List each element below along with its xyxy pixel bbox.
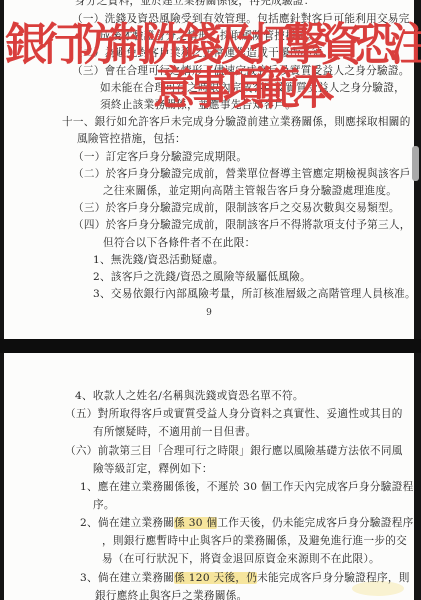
text-segment: 銀行應終止與客戶之業務關係。 xyxy=(95,590,248,600)
text-segment: 1、無洗錢/資恐活動疑慮。 xyxy=(93,254,224,266)
text-segment: （六）前款第三目「合理可行之時限」銀行應以風險基礎方法依不同風 xyxy=(65,445,403,457)
text-line: 1、無洗錢/資恐活動疑慮。 xyxy=(93,253,224,267)
text-segment: （四）於客戶身分驗證完成前，限制該客戶不得將款項支付予第三人， xyxy=(73,219,411,231)
scrollbar-track[interactable] xyxy=(413,0,421,600)
text-segment: （一）訂定客戶身分驗證完成期限。 xyxy=(73,151,247,163)
text-line: 2、該客戶之洗錢/資恐之風險等級屬低風險。 xyxy=(93,270,311,284)
text-segment: 3、交易依銀行內部風險考量，所訂核准層級之高階管理人員核准。 xyxy=(93,288,414,300)
text-line: 序。 xyxy=(93,498,115,512)
text-segment: 1、應在建立業務關係後，不遲於 30 個工作天內完成客戶身分驗證程 xyxy=(80,481,413,493)
text-line: （三）於客戶身分驗證完成前，限制該客戶之交易次數與交易類型。 xyxy=(73,201,400,215)
text-segment: 風險管控措施，包括： xyxy=(77,133,186,145)
text-line: 險等級訂定，釋例如下： xyxy=(93,462,213,476)
scrollbar-thumb[interactable] xyxy=(412,146,419,181)
text-line: 4、收款人之姓名/名稱與洗錢或資恐名單不符。 xyxy=(75,389,304,403)
text-line: 但符合以下各條件者不在此限： xyxy=(103,236,256,250)
text-segment: ，則銀行應暫時中止與客戶的業務關係，及避免進行進一步的交 xyxy=(102,535,407,547)
text-line: 3、交易依銀行內部風險考量，所訂核准層級之高階管理人員核准。 xyxy=(93,287,414,301)
text-segment: 險等級訂定，釋例如下： xyxy=(93,463,213,475)
text-segment: 3、倘在建立業務關 xyxy=(80,572,174,584)
text-segment: 之往來關係，並定期向高階主管報告客戶身分驗證處理進度。 xyxy=(103,185,397,197)
text-segment: 十一、銀行如允許客戶未完成身分驗證前建立業務關係，則應採取相關的 xyxy=(62,116,411,128)
text-line: （一）訂定客戶身分驗證完成期限。 xyxy=(73,150,247,164)
text-segment: 有所懷疑時，不適用前一目但書。 xyxy=(93,426,256,438)
page-gap xyxy=(0,339,421,353)
text-segment: （三）於客戶身分驗證完成前，限制該客戶之交易次數與交易類型。 xyxy=(73,202,400,214)
watermark-title-line-2: 意事項範本 xyxy=(153,54,328,117)
highlighted-text: 係 30 個 xyxy=(174,517,217,529)
text-line: （五）對所取得客戶或實質受益人身分資料之真實性、妥適性或其目的 xyxy=(65,407,403,421)
text-segment: 易（在可行狀況下，將資金退回原資金來源則不在此限）。 xyxy=(102,553,380,565)
text-line: 3、倘在建立業務關係 120 天後，仍未能完成客戶身分驗證程序，則 xyxy=(80,571,410,585)
text-segment: 序。 xyxy=(93,499,115,511)
text-line: 之往來關係，並定期向高階主管報告客戶身分驗證處理進度。 xyxy=(103,184,397,198)
highlighted-text: 係 120 天後，仍 xyxy=(174,572,257,584)
text-segment: （五）對所取得客戶或實質受益人身分資料之真實性、妥適性或其目的 xyxy=(65,408,403,420)
text-segment: 2、倘在建立業務關 xyxy=(80,517,174,529)
text-line: 有所懷疑時，不適用前一目但書。 xyxy=(93,425,256,439)
page-number: 9 xyxy=(4,308,414,318)
text-segment: 2、該客戶之洗錢/資恐之風險等級屬低風險。 xyxy=(93,271,311,283)
text-line: 易（在可行狀況下，將資金退回原資金來源則不在此限）。 xyxy=(102,552,380,566)
text-line: 風險管控措施，包括： xyxy=(77,132,186,146)
text-line: （二）於客戶身分驗證完成前，營業單位督導主管應定期檢視與該客戶 xyxy=(73,167,411,181)
text-segment: 未能完成客戶身分驗證程序，則 xyxy=(257,572,410,584)
text-line: 銀行應終止與客戶之業務關係。 xyxy=(95,589,248,600)
document-page-2: 4、收款人之姓名/名稱與洗錢或資恐名單不符。（五）對所取得客戶或實質受益人身分資… xyxy=(4,353,414,600)
text-line: ，則銀行應暫時中止與客戶的業務關係，及避免進行進一步的交 xyxy=(102,534,407,548)
text-segment: 但符合以下各條件者不在此限： xyxy=(103,237,256,249)
text-line: （四）於客戶身分驗證完成前，限制該客戶不得將款項支付予第三人， xyxy=(73,218,411,232)
text-segment: （二）於客戶身分驗證完成前，營業單位督導主管應定期檢視與該客戶 xyxy=(73,168,411,180)
text-line: 1、應在建立業務關係後，不遲於 30 個工作天內完成客戶身分驗證程 xyxy=(80,480,413,494)
text-segment: 工作天後，仍未能完成客戶身分驗證程序 xyxy=(217,517,413,529)
text-line: 十一、銀行如允許客戶未完成身分驗證前建立業務關係，則應採取相關的 xyxy=(62,115,411,129)
text-segment: 4、收款人之姓名/名稱與洗錢或資恐名單不符。 xyxy=(75,390,304,402)
text-line: 2、倘在建立業務關係 30 個工作天後，仍未能完成客戶身分驗證程序 xyxy=(80,516,414,530)
text-line: （六）前款第三目「合理可行之時限」銀行應以風險基礎方法依不同風 xyxy=(65,444,403,458)
text-line: 身分之資料，並於建立業務關係後，再完成驗證： xyxy=(75,0,315,8)
text-segment: 身分之資料，並於建立業務關係後，再完成驗證： xyxy=(75,0,315,7)
